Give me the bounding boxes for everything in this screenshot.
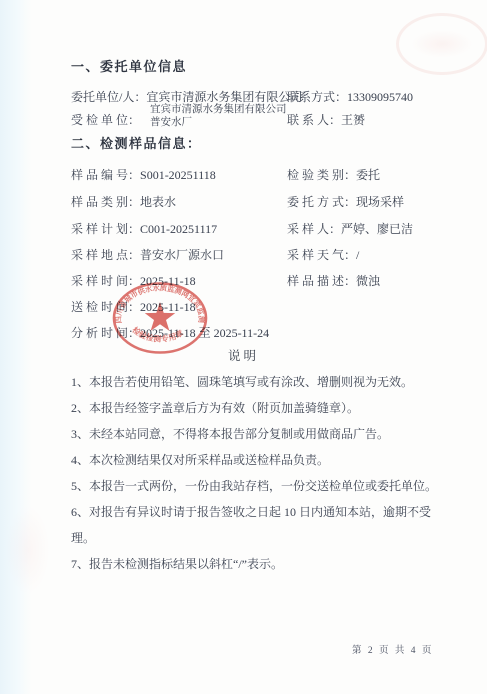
sampling-plan-value: C001-20251117 [140, 222, 217, 236]
notes-list: 1、本报告若使用铅笔、圆珠笔填写或有涂改、增删则视为无效。 2、本报告经签字盖章… [71, 369, 445, 577]
contact-phone-label: 联系方式： [287, 90, 347, 104]
inspected-unit-value: 宜宾市清源水务集团有限公司 普安水厂 [150, 103, 287, 129]
faint-seal-inner [411, 30, 473, 58]
inspected-unit-label: 受 检 单 位： [71, 111, 140, 128]
samplers-value: 严婷、廖已洁 [341, 222, 413, 236]
notes-title: 说明 [0, 346, 487, 364]
field-sampling-location: 采 样 地 点：普安水厂源水口 [71, 246, 224, 263]
inspection-type-label: 检 验 类 别： [287, 168, 356, 182]
inspection-type-value: 委托 [356, 168, 380, 182]
submission-time-label: 送 检 时 间： [71, 300, 140, 314]
field-sampling-time: 采 样 时 间：2025-11-18 [71, 272, 196, 289]
field-sampling-weather: 采 样 天 气：/ [287, 246, 359, 263]
note-item-4: 4、本次检测结果仅对所采样品或送检样品负责。 [71, 447, 445, 473]
sample-description-value: 微浊 [356, 274, 380, 288]
section-title-unit-info: 一、委托单位信息 [71, 56, 187, 75]
commission-mode-label: 委 托 方 式： [287, 195, 356, 209]
note-item-5: 5、本报告一式两份，一份由我站存档，一份交送检单位或委托单位。 [71, 473, 445, 499]
field-sample-category: 样 品 类 别：地表水 [71, 193, 176, 210]
sample-description-label: 样 品 描 述： [287, 274, 356, 288]
sampling-location-label: 采 样 地 点： [71, 248, 140, 262]
consignor-value: 宜宾市清源水务集团有限公司 [146, 90, 302, 104]
sampling-location-value: 普安水厂源水口 [140, 248, 224, 262]
page-number-indicator: 第 2 页 共 4 页 [352, 642, 433, 656]
sampling-weather-value: / [356, 248, 359, 262]
field-analysis-time: 分 析 时 间：2025-11-18 至 2025-11-24 [71, 324, 269, 341]
note-item-7: 7、报告未检测指标结果以斜杠“/”表示。 [71, 551, 445, 577]
commission-mode-value: 现场采样 [356, 195, 404, 209]
contact-phone-value: 13309095740 [347, 90, 413, 104]
seal-ring [114, 284, 206, 353]
sampling-time-value: 2025-11-18 [140, 274, 196, 288]
note-item-1: 1、本报告若使用铅笔、圆珠笔填写或有涂改、增删则视为无效。 [71, 369, 445, 395]
field-commission-mode: 委 托 方 式：现场采样 [287, 193, 404, 210]
submission-time-value: 2025-11-18 [140, 300, 196, 314]
note-item-3: 3、未经本站同意，不得将本报告部分复制或用做商品广告。 [71, 421, 445, 447]
field-sampling-plan: 采 样 计 划：C001-20251117 [71, 220, 217, 237]
field-contact-person: 联 系 人：王赟 [287, 111, 365, 128]
inspected-unit-value-line1: 宜宾市清源水务集团有限公司 [150, 103, 287, 116]
samplers-label: 采 样 人： [287, 222, 341, 236]
analysis-time-value: 2025-11-18 至 2025-11-24 [140, 326, 269, 340]
sampling-plan-label: 采 样 计 划： [71, 222, 140, 236]
sample-category-value: 地表水 [140, 195, 176, 209]
note-item-2: 2、本报告经签字盖章后方为有效（附页加盖骑缝章）。 [71, 395, 445, 421]
faint-seal-remnant [396, 13, 487, 75]
contact-person-value: 王赟 [341, 113, 365, 127]
inspected-unit-value-line2: 普安水厂 [150, 116, 287, 129]
analysis-time-label: 分 析 时 间： [71, 326, 140, 340]
contact-person-label: 联 系 人： [287, 113, 341, 127]
sampling-time-label: 采 样 时 间： [71, 274, 140, 288]
sample-no-value: S001-20251118 [140, 168, 216, 182]
field-contact-phone: 联系方式：13309095740 [287, 88, 413, 105]
report-page: 一、委托单位信息 委托单位/人：宜宾市清源水务集团有限公司 联系方式：13309… [0, 0, 487, 694]
field-submission-time: 送 检 时 间：2025-11-18 [71, 298, 196, 315]
field-sample-description: 样 品 描 述：微浊 [287, 272, 380, 289]
section-title-sample-info: 二、检测样品信息： [71, 133, 202, 152]
scan-smudge [6, 505, 50, 595]
field-inspection-type: 检 验 类 别：委托 [287, 166, 380, 183]
note-item-6: 6、对报告有异议时请于报告签收之日起 10 日内通知本站，逾期不受理。 [71, 499, 445, 551]
field-sample-no: 样 品 编 号：S001-20251118 [71, 166, 216, 183]
sample-category-label: 样 品 类 别： [71, 195, 140, 209]
field-samplers: 采 样 人：严婷、廖已洁 [287, 220, 413, 237]
sample-no-label: 样 品 编 号： [71, 168, 140, 182]
consignor-label: 委托单位/人： [71, 90, 146, 104]
sampling-weather-label: 采 样 天 气： [287, 248, 356, 262]
